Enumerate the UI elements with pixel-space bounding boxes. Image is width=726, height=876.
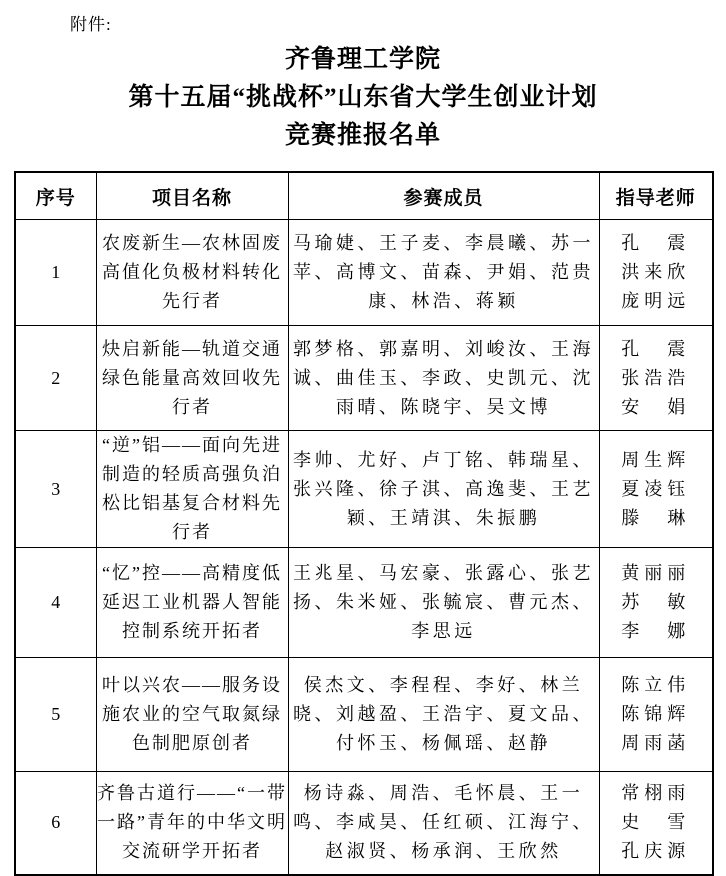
team-members: 王兆星、马宏豪、张露心、张艺扬、朱米娅、张毓宸、曹元杰、李思远 <box>288 548 599 658</box>
advisor-name: 安 娟 <box>600 393 713 422</box>
advisor-name: 史 雪 <box>600 808 713 837</box>
project-name: 农废新生—农林固废高值化负极材料转化先行者 <box>96 220 288 326</box>
advisors: 黄丽丽 苏 敏 李 娜 <box>599 548 713 658</box>
row-number: 5 <box>15 658 96 772</box>
project-name: “忆”控——高精度低延迟工业机器人智能控制系统开拓者 <box>96 548 288 658</box>
table-header: 序号 项目名称 参赛成员 指导老师 <box>15 172 713 220</box>
table-row: 3 “逆”铝——面向先进制造的轻质高强负泊松比铝基复合材料先行者 李帅、尤好、卢… <box>15 431 713 548</box>
advisors: 孔 震 张浩浩 安 娟 <box>599 326 713 431</box>
advisor-name: 滕 琳 <box>600 504 713 533</box>
advisor-name: 黄丽丽 <box>600 559 713 588</box>
table-body: 1 农废新生—农林固废高值化负极材料转化先行者 马瑜婕、王子麦、李晨曦、苏一苹、… <box>15 220 713 875</box>
project-name: “逆”铝——面向先进制造的轻质高强负泊松比铝基复合材料先行者 <box>96 431 288 548</box>
advisors: 孔 震 洪来欣 庞明远 <box>599 220 713 326</box>
row-number: 1 <box>15 220 96 326</box>
title-line-2: 第十五届“挑战杯”山东省大学生创业计划 <box>0 79 726 117</box>
row-number: 4 <box>15 548 96 658</box>
advisor-name: 孔 震 <box>600 335 713 364</box>
advisor-name: 庞明远 <box>600 287 713 316</box>
project-name: 齐鲁古道行——“一带一路”青年的中华文明交流研学开拓者 <box>96 772 288 875</box>
advisor-name: 孔庆源 <box>600 837 713 866</box>
team-members: 马瑜婕、王子麦、李晨曦、苏一苹、高博文、苗森、尹娟、范贵康、林浩、蒋颖 <box>288 220 599 326</box>
table-row: 6 齐鲁古道行——“一带一路”青年的中华文明交流研学开拓者 杨诗淼、周浩、毛怀晨… <box>15 772 713 875</box>
advisor-name: 周生辉 <box>600 446 713 475</box>
advisor-name: 孔 震 <box>600 229 713 258</box>
col-header-project: 项目名称 <box>96 172 288 220</box>
advisor-name: 李 娜 <box>600 617 713 646</box>
col-header-advisors: 指导老师 <box>599 172 713 220</box>
advisor-name: 常栩雨 <box>600 779 713 808</box>
advisor-name: 陈锦辉 <box>600 700 713 729</box>
advisor-name: 夏凌钰 <box>600 475 713 504</box>
project-name: 叶以兴农——服务设施农业的空气取氮绿色制肥原创者 <box>96 658 288 772</box>
table-row: 1 农废新生—农林固废高值化负极材料转化先行者 马瑜婕、王子麦、李晨曦、苏一苹、… <box>15 220 713 326</box>
table-row: 5 叶以兴农——服务设施农业的空气取氮绿色制肥原创者 侯杰文、李程程、李好、林兰… <box>15 658 713 772</box>
row-number: 3 <box>15 431 96 548</box>
document-title: 齐鲁理工学院 第十五届“挑战杯”山东省大学生创业计划 竞赛推报名单 <box>0 41 726 155</box>
advisor-name: 苏 敏 <box>600 588 713 617</box>
roster-table: 序号 项目名称 参赛成员 指导老师 1 农废新生—农林固废高值化负极材料转化先行… <box>14 171 714 876</box>
col-header-members: 参赛成员 <box>288 172 599 220</box>
advisor-name: 周雨菡 <box>600 729 713 758</box>
advisors: 陈立伟 陈锦辉 周雨菡 <box>599 658 713 772</box>
team-members: 李帅、尤好、卢丁铭、韩瑞星、张兴隆、徐子淇、高逸斐、王艺颖、王靖淇、朱振鹏 <box>288 431 599 548</box>
advisor-name: 张浩浩 <box>600 364 713 393</box>
advisors: 周生辉 夏凌钰 滕 琳 <box>599 431 713 548</box>
advisor-name: 洪来欣 <box>600 258 713 287</box>
team-members: 郭梦格、郭嘉明、刘峻汝、王海诚、曲佳玉、李政、史凯元、沈雨晴、陈晓宇、吴文博 <box>288 326 599 431</box>
advisors: 常栩雨 史 雪 孔庆源 <box>599 772 713 875</box>
advisor-name: 陈立伟 <box>600 671 713 700</box>
team-members: 侯杰文、李程程、李好、林兰晓、刘越盈、王浩宇、夏文品、付怀玉、杨佩瑶、赵静 <box>288 658 599 772</box>
document-page: 附件: 齐鲁理工学院 第十五届“挑战杯”山东省大学生创业计划 竞赛推报名单 序号… <box>0 0 726 876</box>
team-members: 杨诗淼、周浩、毛怀晨、王一鸣、李咸昊、任红硕、江海宁、赵淑贤、杨承润、王欣然 <box>288 772 599 875</box>
attachment-label: 附件: <box>70 10 726 35</box>
project-name: 炔启新能—轨道交通绿色能量高效回收先行者 <box>96 326 288 431</box>
title-line-3: 竞赛推报名单 <box>0 117 726 155</box>
table-row: 4 “忆”控——高精度低延迟工业机器人智能控制系统开拓者 王兆星、马宏豪、张露心… <box>15 548 713 658</box>
title-line-1: 齐鲁理工学院 <box>0 41 726 79</box>
header-row: 序号 项目名称 参赛成员 指导老师 <box>15 172 713 220</box>
row-number: 6 <box>15 772 96 875</box>
row-number: 2 <box>15 326 96 431</box>
col-header-serial: 序号 <box>15 172 96 220</box>
table-row: 2 炔启新能—轨道交通绿色能量高效回收先行者 郭梦格、郭嘉明、刘峻汝、王海诚、曲… <box>15 326 713 431</box>
